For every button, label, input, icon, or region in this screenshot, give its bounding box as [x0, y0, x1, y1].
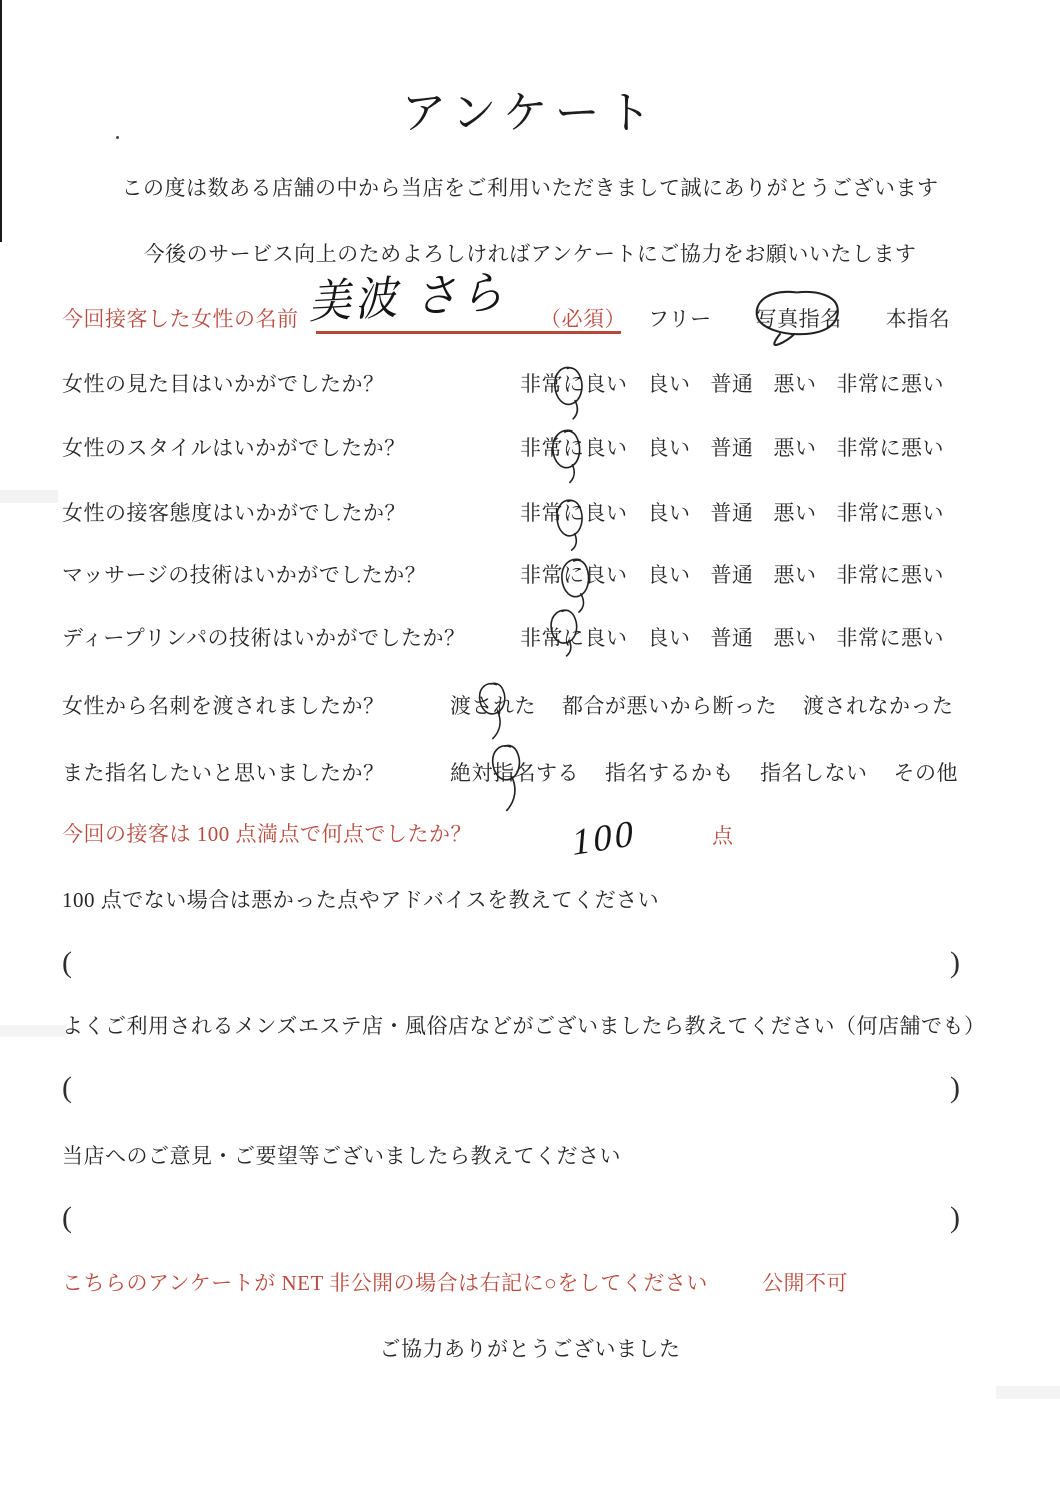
page-title: アンケート: [0, 76, 1060, 141]
option-normal: 普通: [711, 368, 754, 398]
other-shops-label: よくご利用されるメンズエステ店・風俗店などがございましたら教えてください（何店舗…: [62, 1010, 985, 1040]
handwritten-circle-q5: [546, 607, 586, 659]
handwritten-circle-q3: [552, 496, 590, 552]
option-no-publish: 公開不可: [762, 1267, 848, 1297]
therapist-name-label: 今回接客した女性の名前: [62, 303, 299, 333]
score-unit: 点: [712, 820, 734, 850]
handwritten-circle-q1: [551, 364, 589, 422]
handwritten-circle-photo-shimei: [748, 286, 844, 350]
question-label: 女性の見た目はいかがでしたか？: [62, 368, 385, 398]
question-label: 女性から名刺を渡されましたか？: [62, 690, 385, 720]
close-paren: ): [950, 1071, 960, 1105]
option-very-bad: 非常に悪い: [837, 368, 945, 398]
option-bad: 悪い: [774, 368, 817, 398]
handwritten-circle-q7: [486, 743, 530, 813]
option-hon-shimei: 本指名: [886, 303, 951, 333]
question-label: マッサージの技術はいかがでしたか？: [62, 559, 426, 589]
open-paren: (: [62, 1071, 72, 1105]
scan-streak: [0, 490, 58, 503]
scan-streak: [996, 1386, 1060, 1399]
option-good: 良い: [648, 622, 691, 652]
option-good: 良い: [648, 432, 691, 462]
option-bad: 悪い: [774, 497, 817, 527]
option-no: 指名しない: [760, 757, 868, 787]
handwritten-circle-q2: [549, 427, 587, 485]
option-good: 良い: [648, 559, 691, 589]
closing-message: ご協力ありがとうございました: [0, 1333, 1060, 1363]
option-declined: 都合が悪いから断った: [562, 690, 777, 720]
handwritten-score: 100: [570, 812, 637, 865]
opinions-label: 当店へのご意見・ご要望等ございましたら教えてください: [62, 1140, 621, 1170]
open-paren: (: [62, 946, 72, 980]
advice-label: 100 点でない場合は悪かった点やアドバイスを教えてください: [62, 884, 659, 914]
intro-line-1: この度は数ある店舗の中から当店をご利用いただきまして誠にありがとうございます: [0, 172, 1060, 202]
option-free: フリー: [648, 303, 712, 333]
handwritten-circle-q4: [557, 556, 597, 614]
option-normal: 普通: [711, 559, 754, 589]
option-bad: 悪い: [774, 622, 817, 652]
option-bad: 悪い: [774, 559, 817, 589]
close-paren: ): [950, 946, 960, 980]
option-normal: 普通: [711, 497, 754, 527]
question-label: 女性のスタイルはいかがでしたか？: [62, 432, 406, 462]
intro-line-2: 今後のサービス向上のためよろしければアンケートにご協力をお願いいたします: [0, 238, 1060, 268]
option-very-bad: 非常に悪い: [837, 559, 945, 589]
question-label: また指名したいと思いましたか？: [62, 757, 385, 787]
handwritten-circle-q6: [472, 681, 516, 741]
handwritten-name: 美波 さら: [307, 256, 508, 332]
option-maybe: 指名するかも: [605, 757, 734, 787]
open-paren: (: [62, 1201, 72, 1235]
option-very-bad: 非常に悪い: [837, 622, 945, 652]
option-other: その他: [894, 757, 959, 787]
option-good: 良い: [648, 497, 691, 527]
close-paren: ): [950, 1201, 960, 1235]
net-privacy-label: こちらのアンケートが NET 非公開の場合は右記に○をしてください: [62, 1267, 708, 1297]
scanned-survey-document: アンケート この度は数ある店舗の中から当店をご利用いただきまして誠にありがとうご…: [0, 0, 1060, 1500]
scan-streak: [0, 1025, 66, 1037]
business-card-options: 渡された 都合が悪いから断った 渡されなかった: [450, 690, 954, 720]
option-normal: 普通: [711, 622, 754, 652]
question-label: ディープリンパの技術はいかがでしたか？: [62, 622, 465, 652]
option-bad: 悪い: [774, 432, 817, 462]
option-very-bad: 非常に悪い: [837, 497, 945, 527]
option-very-bad: 非常に悪い: [837, 432, 945, 462]
option-normal: 普通: [711, 432, 754, 462]
option-not-given: 渡されなかった: [803, 690, 954, 720]
name-field-underline: [316, 331, 621, 334]
required-note: （必須）: [540, 303, 626, 333]
option-good: 良い: [648, 368, 691, 398]
score-label: 今回の接客は 100 点満点で何点でしたか？: [62, 818, 472, 848]
question-label: 女性の接客態度はいかがでしたか？: [62, 497, 406, 527]
